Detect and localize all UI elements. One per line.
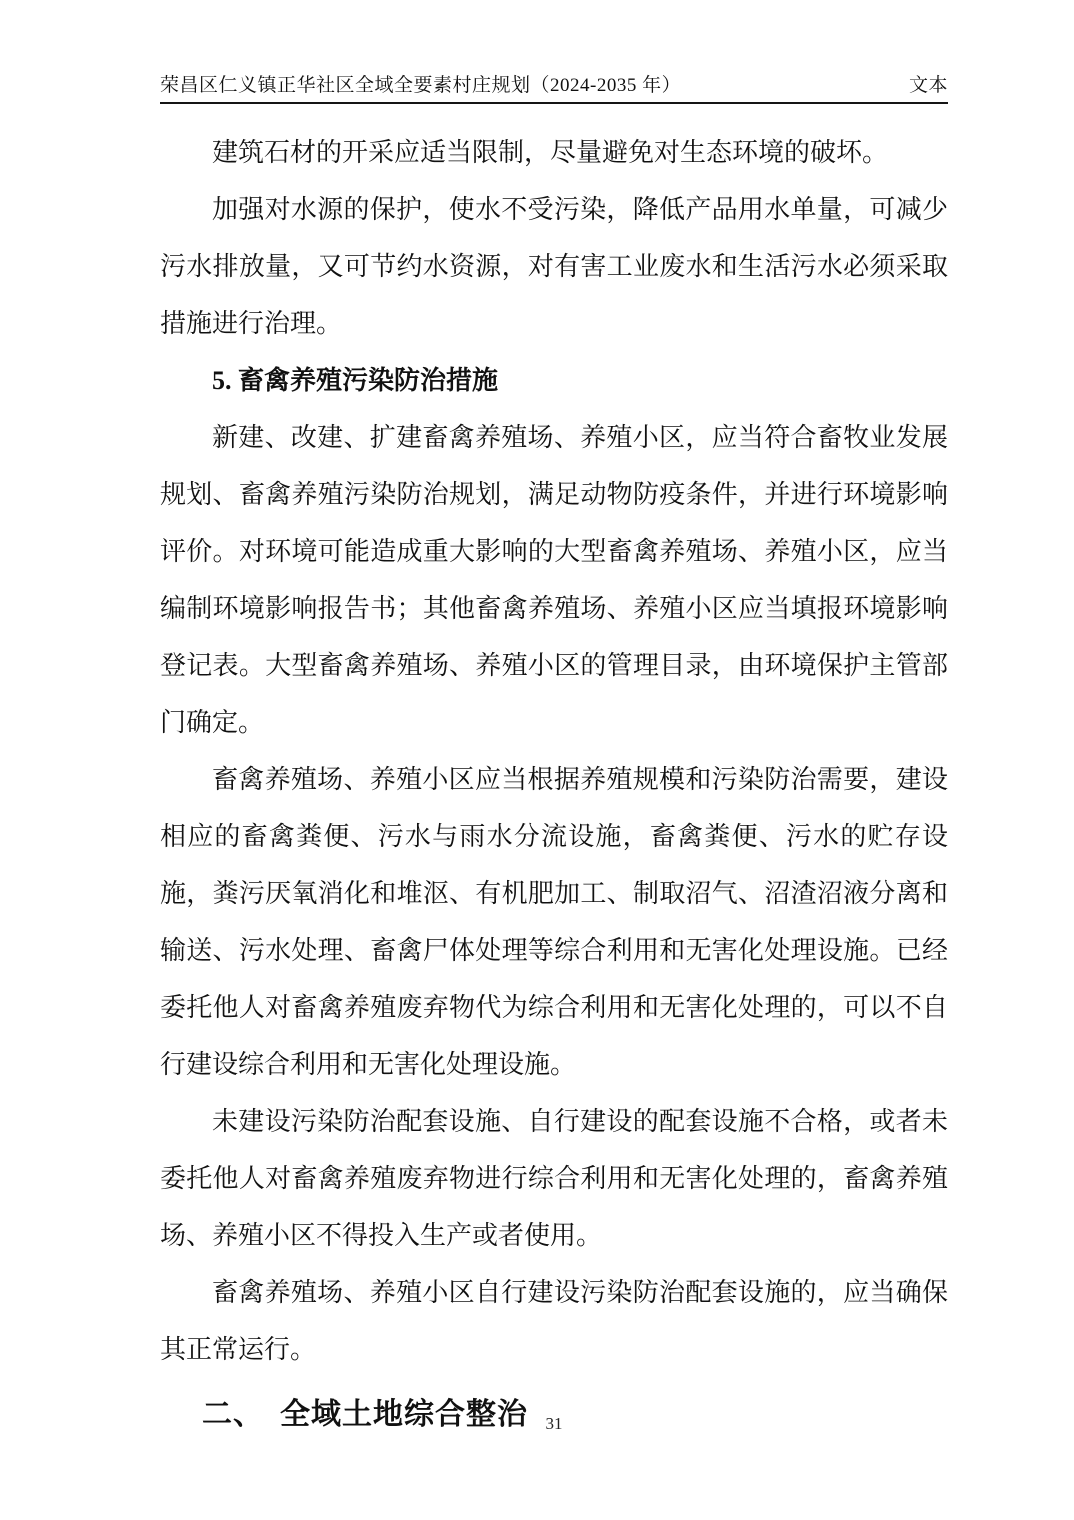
body-paragraph-4: 畜禽养殖场、养殖小区应当根据养殖规模和污染防治需要，建设相应的畜禽粪便、污水与雨…	[160, 751, 948, 1093]
page-header-row: 荣昌区仁义镇正华社区全域全要素村庄规划（2024-2035 年） 文本	[160, 70, 948, 104]
document-body: 建筑石材的开采应适当限制，尽量避免对生态环境的破坏。 加强对水源的保护，使水不受…	[160, 124, 948, 1438]
body-paragraph-2: 加强对水源的保护，使水不受污染，降低产品用水单量，可减少污水排放量，又可节约水资…	[160, 181, 948, 352]
page-header: 荣昌区仁义镇正华社区全域全要素村庄规划（2024-2035 年） 文本	[160, 0, 948, 104]
document-page: 荣昌区仁义镇正华社区全域全要素村庄规划（2024-2035 年） 文本 建筑石材…	[0, 0, 1074, 1520]
subsection-heading-5: 5. 畜禽养殖污染防治措施	[160, 352, 948, 409]
body-paragraph-3: 新建、改建、扩建畜禽养殖场、养殖小区，应当符合畜牧业发展规划、畜禽养殖污染防治规…	[160, 409, 948, 751]
body-paragraph-1: 建筑石材的开采应适当限制，尽量避免对生态环境的破坏。	[160, 124, 948, 181]
body-paragraph-6: 畜禽养殖场、养殖小区自行建设污染防治配套设施的，应当确保其正常运行。	[160, 1264, 948, 1378]
body-paragraph-5: 未建设污染防治配套设施、自行建设的配套设施不合格，或者未委托他人对畜禽养殖废弃物…	[160, 1093, 948, 1264]
document-title: 荣昌区仁义镇正华社区全域全要素村庄规划（2024-2035 年）	[160, 70, 681, 97]
document-type-label: 文本	[909, 70, 948, 97]
page-number: 31	[160, 1414, 948, 1434]
